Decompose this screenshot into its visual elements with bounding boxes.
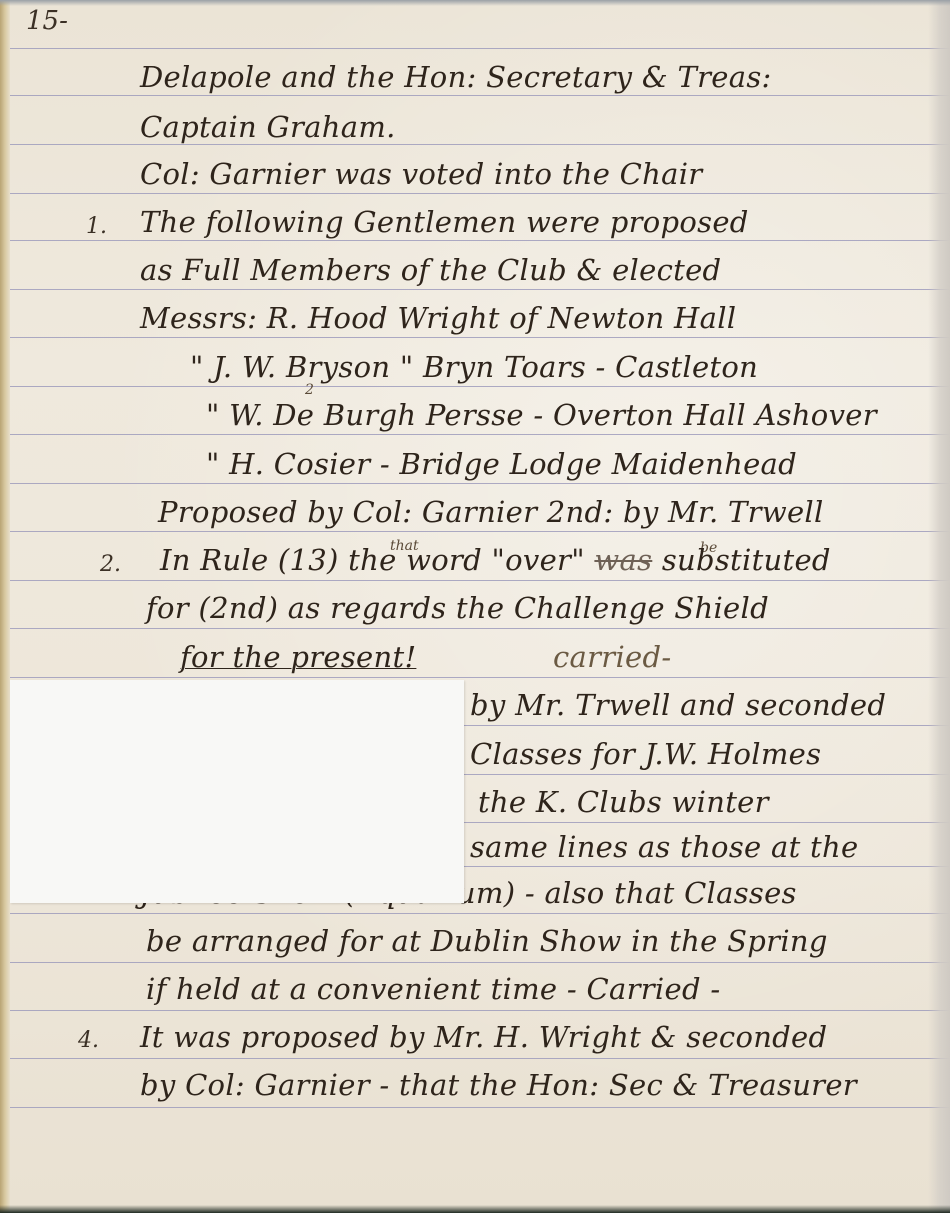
- bottom-page-edge: [0, 1205, 950, 1213]
- text-line: be arranged for at Dublin Show in the Sp…: [146, 924, 828, 958]
- ruled-line: [10, 628, 950, 629]
- item-number: 2.: [100, 552, 121, 577]
- ruled-line: [10, 913, 950, 914]
- ruled-line: [10, 1010, 950, 1011]
- text-segment: In Rule (13) the word "over": [160, 543, 585, 577]
- ruled-line: [10, 677, 950, 678]
- text-line: same lines as those at the: [470, 830, 858, 864]
- interlinear-mark: 2: [305, 382, 314, 398]
- ruled-line: [10, 193, 950, 194]
- ruled-line: [10, 1058, 950, 1059]
- text-line: Classes for J.W. Holmes: [470, 737, 821, 771]
- text-line: if held at a convenient time - Carried -: [146, 972, 720, 1006]
- text-line: by Col: Garnier - that the Hon: Sec & Tr…: [140, 1068, 857, 1102]
- ruled-line: [10, 580, 950, 581]
- item-number: 4.: [78, 1028, 99, 1053]
- text-line: In Rule (13) the word "over" was substit…: [160, 543, 831, 577]
- text-line: the K. Clubs winter: [478, 785, 769, 819]
- text-line: for (2nd) as regards the Challenge Shiel…: [146, 591, 769, 625]
- text-line: for the present!: [180, 640, 416, 674]
- ruled-line: [10, 434, 950, 435]
- ruled-line: [10, 483, 950, 484]
- ruled-line: [10, 1107, 950, 1108]
- text-line: " H. Cosier - Bridge Lodge Maidenhead: [206, 447, 797, 481]
- text-line: Delapole and the Hon: Secretary & Treas:: [140, 60, 772, 94]
- ruled-line: [10, 289, 950, 290]
- right-page-edge: [928, 0, 950, 1213]
- ruled-line: [10, 337, 950, 338]
- text-line: " J. W. Bryson " Bryn Toars - Castleton: [190, 350, 758, 384]
- text-line: The following Gentlemen were proposed: [140, 205, 749, 239]
- text-line: Captain Graham.: [140, 110, 396, 144]
- page-number: 15-: [26, 6, 68, 36]
- text-line: by Mr. Trwell and seconded: [470, 688, 886, 722]
- ruled-line: [10, 48, 950, 49]
- text-line: Messrs: R. Hood Wright of Newton Hall: [140, 301, 736, 335]
- text-line: " W. De Burgh Persse - Overton Hall Asho…: [206, 398, 877, 432]
- text-line: Col: Garnier was voted into the Chair: [140, 157, 702, 191]
- text-line: It was proposed by Mr. H. Wright & secon…: [140, 1020, 827, 1054]
- ruled-line: [10, 144, 950, 145]
- ruled-line: [10, 386, 950, 387]
- struck-word: was: [594, 543, 652, 577]
- text-segment: substituted: [662, 543, 831, 577]
- ruled-line: [10, 240, 950, 241]
- status-carried: carried-: [553, 640, 671, 674]
- ruled-line: [10, 531, 950, 532]
- manuscript-page: 15- Delapole and the Hon: Secretary & Tr…: [0, 0, 950, 1213]
- text-line: as Full Members of the Club & elected: [140, 253, 721, 287]
- ruled-line: [10, 962, 950, 963]
- ruled-line: [10, 95, 950, 96]
- item-number: 1.: [86, 214, 107, 239]
- pasted-redaction-label: [10, 680, 464, 903]
- left-binding-edge: [0, 0, 10, 1213]
- text-line: Proposed by Col: Garnier 2nd: by Mr. Trw…: [158, 495, 824, 529]
